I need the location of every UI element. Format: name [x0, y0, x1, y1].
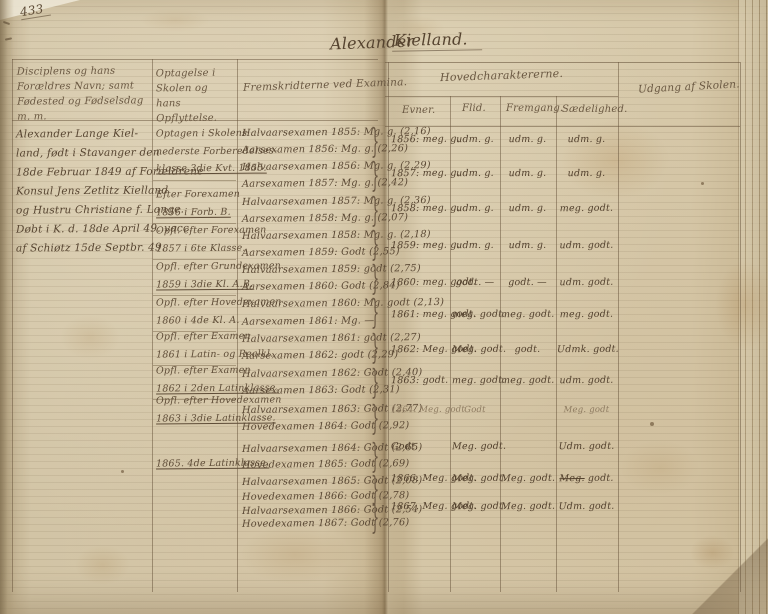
- table-line: [740, 62, 741, 592]
- grade-cell: 1857: meg. g.: [391, 168, 449, 180]
- table-line: [618, 62, 619, 592]
- stain: [620, 440, 700, 495]
- exam-row: Hovedexamen 1864: Godt (2,92): [242, 420, 409, 433]
- group-header-characters: Hovedcharaktererne.: [440, 66, 564, 85]
- pair-brace: }: [371, 295, 379, 334]
- table-line: [152, 59, 153, 592]
- column-header-admission: Optagelse i Skolen og hans Opflyttelse.: [156, 66, 233, 127]
- grade-cell: godt. —: [501, 277, 554, 288]
- pair-brace: }: [371, 330, 379, 369]
- grade-cell: Meg. godt: [557, 405, 616, 416]
- grade-cell: meg. godt.: [557, 309, 616, 321]
- exam-row: Aarsexamen 1858: Mg. g. (2,07): [242, 212, 408, 225]
- promotion-entry: Efter Forexamen1856 i Forb. B.: [156, 186, 240, 222]
- record-line: af Schiøtz 15de Septbr. 49.: [16, 238, 166, 258]
- grade-cell: 1858: meg. g.: [391, 203, 449, 215]
- exam-row: Halvaarsexamen 1859: godt (2,75): [242, 263, 421, 276]
- scanned-register-spread: 433 Alexander Kielland. Disciplens og ha…: [0, 0, 768, 614]
- grade-cell: 1860: meg. godt.: [391, 277, 449, 289]
- grade-cell: meg. godt.: [557, 203, 616, 215]
- grade-cell: udm. g.: [452, 203, 498, 214]
- column-header-exit: Udgang af Skolen.: [638, 77, 740, 97]
- ink-speck: [650, 422, 654, 426]
- pair-brace: }: [371, 158, 379, 197]
- grade-cell: udm. g.: [452, 168, 498, 179]
- grade-cell: Udm. godt.: [557, 441, 616, 453]
- grade-cell: meg. godt.: [452, 375, 498, 386]
- grade-cell: Meg. godt.: [452, 441, 498, 452]
- column-header-exam-progress: Fremskridterne ved Examina.: [243, 75, 408, 96]
- grade-cell: udm. godt.: [557, 277, 616, 289]
- grade-cell: Meg. godt.: [452, 344, 498, 355]
- promotion-line: 1856 i Forb. B.: [156, 203, 240, 221]
- grade-cell: Godt: [452, 405, 498, 415]
- stain: [240, 525, 350, 585]
- grade-cell: meg. godt.: [501, 375, 554, 386]
- grade-cell: 1863: godt.: [391, 375, 449, 387]
- stain: [60, 315, 120, 360]
- grade-cell: 1866. Meg. godt.: [391, 473, 449, 485]
- grade-cell: 1861: meg. godt.: [391, 309, 449, 321]
- grade-cell: Meg. godt.: [501, 501, 554, 512]
- grade-cell: Meg. godt.: [452, 501, 498, 512]
- column-header-student-info: Disciplens og hans Forældres Navn; samt …: [17, 63, 148, 124]
- table-line: [12, 59, 13, 592]
- grade-cell: 1856: meg. g.: [391, 134, 449, 146]
- pair-brace: }: [371, 193, 379, 232]
- exam-row: Hovedexamen 1867: Godt (2,76): [242, 517, 409, 530]
- stain: [140, 8, 210, 32]
- column-header-fremgang: Fremgang.: [506, 101, 563, 116]
- grade-cell: Meg. godt.: [501, 473, 554, 484]
- page-number: 433: [19, 1, 50, 20]
- grade-cell: meg. godt.: [452, 309, 498, 320]
- record-line: Konsul Jens Zetlitz Kielland: [16, 181, 169, 201]
- grade-cell: udm. godt.: [557, 375, 616, 387]
- grade-cell: 1859: meg. g.: [391, 240, 449, 252]
- promotion-line: Efter Forexamen: [156, 186, 240, 204]
- column-header-flid: Flid.: [462, 101, 486, 116]
- grade-cell: godt. —: [452, 277, 498, 288]
- pair-brace: }: [371, 365, 379, 404]
- table-line: [12, 59, 378, 60]
- exam-row: Hovedexamen 1865: Godt (2,69): [242, 458, 409, 471]
- record-line: Alexander Lange Kiel-: [16, 125, 138, 145]
- grade-cell: udm. g.: [501, 203, 554, 214]
- pair-brace: }: [371, 227, 379, 266]
- table-line: [385, 126, 740, 127]
- ink-speck: [121, 470, 124, 473]
- grade-cell: udm. g.: [452, 134, 498, 145]
- grade-cell: 1867. Meg. godt.: [391, 501, 449, 513]
- grade-cell: Udmk. godt.: [557, 344, 616, 356]
- table-line: [385, 62, 740, 63]
- grade-cell: udm. godt.: [557, 240, 616, 252]
- pair-brace: }: [371, 124, 379, 163]
- exam-row: Hovedexamen 1866: Godt (2,78): [242, 490, 409, 503]
- pair-brace: }: [371, 261, 379, 300]
- exam-row: Aarsexamen 1857: Mg. g. (2,42): [242, 177, 408, 190]
- running-head-last-name: Kielland.: [392, 29, 482, 52]
- stain: [75, 545, 130, 585]
- exam-row: Aarsexamen 1861: Mg. —: [242, 315, 374, 327]
- pair-brace: }: [371, 401, 379, 440]
- table-line: [385, 96, 618, 97]
- grade-cell: Godt.: [391, 441, 449, 453]
- exam-row: Halvaarsexamen 1861: godt (2,27): [242, 332, 421, 345]
- stain: [560, 120, 670, 200]
- grade-cell: meg. godt.: [501, 309, 554, 320]
- grade-cell: udm. g.: [501, 168, 554, 179]
- exam-row: Aarsexamen 1856: Mg. g. (2,26): [242, 143, 408, 156]
- grade-cell: Meg. godt.: [557, 473, 616, 485]
- page-edge-stack: [738, 0, 768, 614]
- grade-cell: udm. g.: [557, 134, 616, 146]
- grade-cell: 1862: Meg. godt.: [391, 344, 449, 356]
- record-line: land, født i Stavanger den: [16, 143, 160, 163]
- grade-cell: udm. g.: [557, 168, 616, 180]
- corner-shadow: [678, 534, 768, 614]
- grade-cell: udm. g.: [501, 240, 554, 251]
- grade-cell: 1864. Meg. godt: [391, 405, 449, 416]
- grade-cell: udm. g.: [501, 134, 554, 145]
- grade-cell: godt.: [501, 344, 554, 355]
- row-separator: [153, 180, 236, 181]
- pair-brace: }: [371, 500, 379, 539]
- grade-cell: Meg. godt.: [452, 473, 498, 484]
- grade-cell: udm. g.: [452, 240, 498, 251]
- column-header-evner: Evner.: [402, 103, 435, 118]
- grade-cell: Udm. godt.: [557, 501, 616, 513]
- ink-speck: [701, 182, 704, 185]
- column-header-saedelighed: Sædelighed.: [562, 102, 628, 117]
